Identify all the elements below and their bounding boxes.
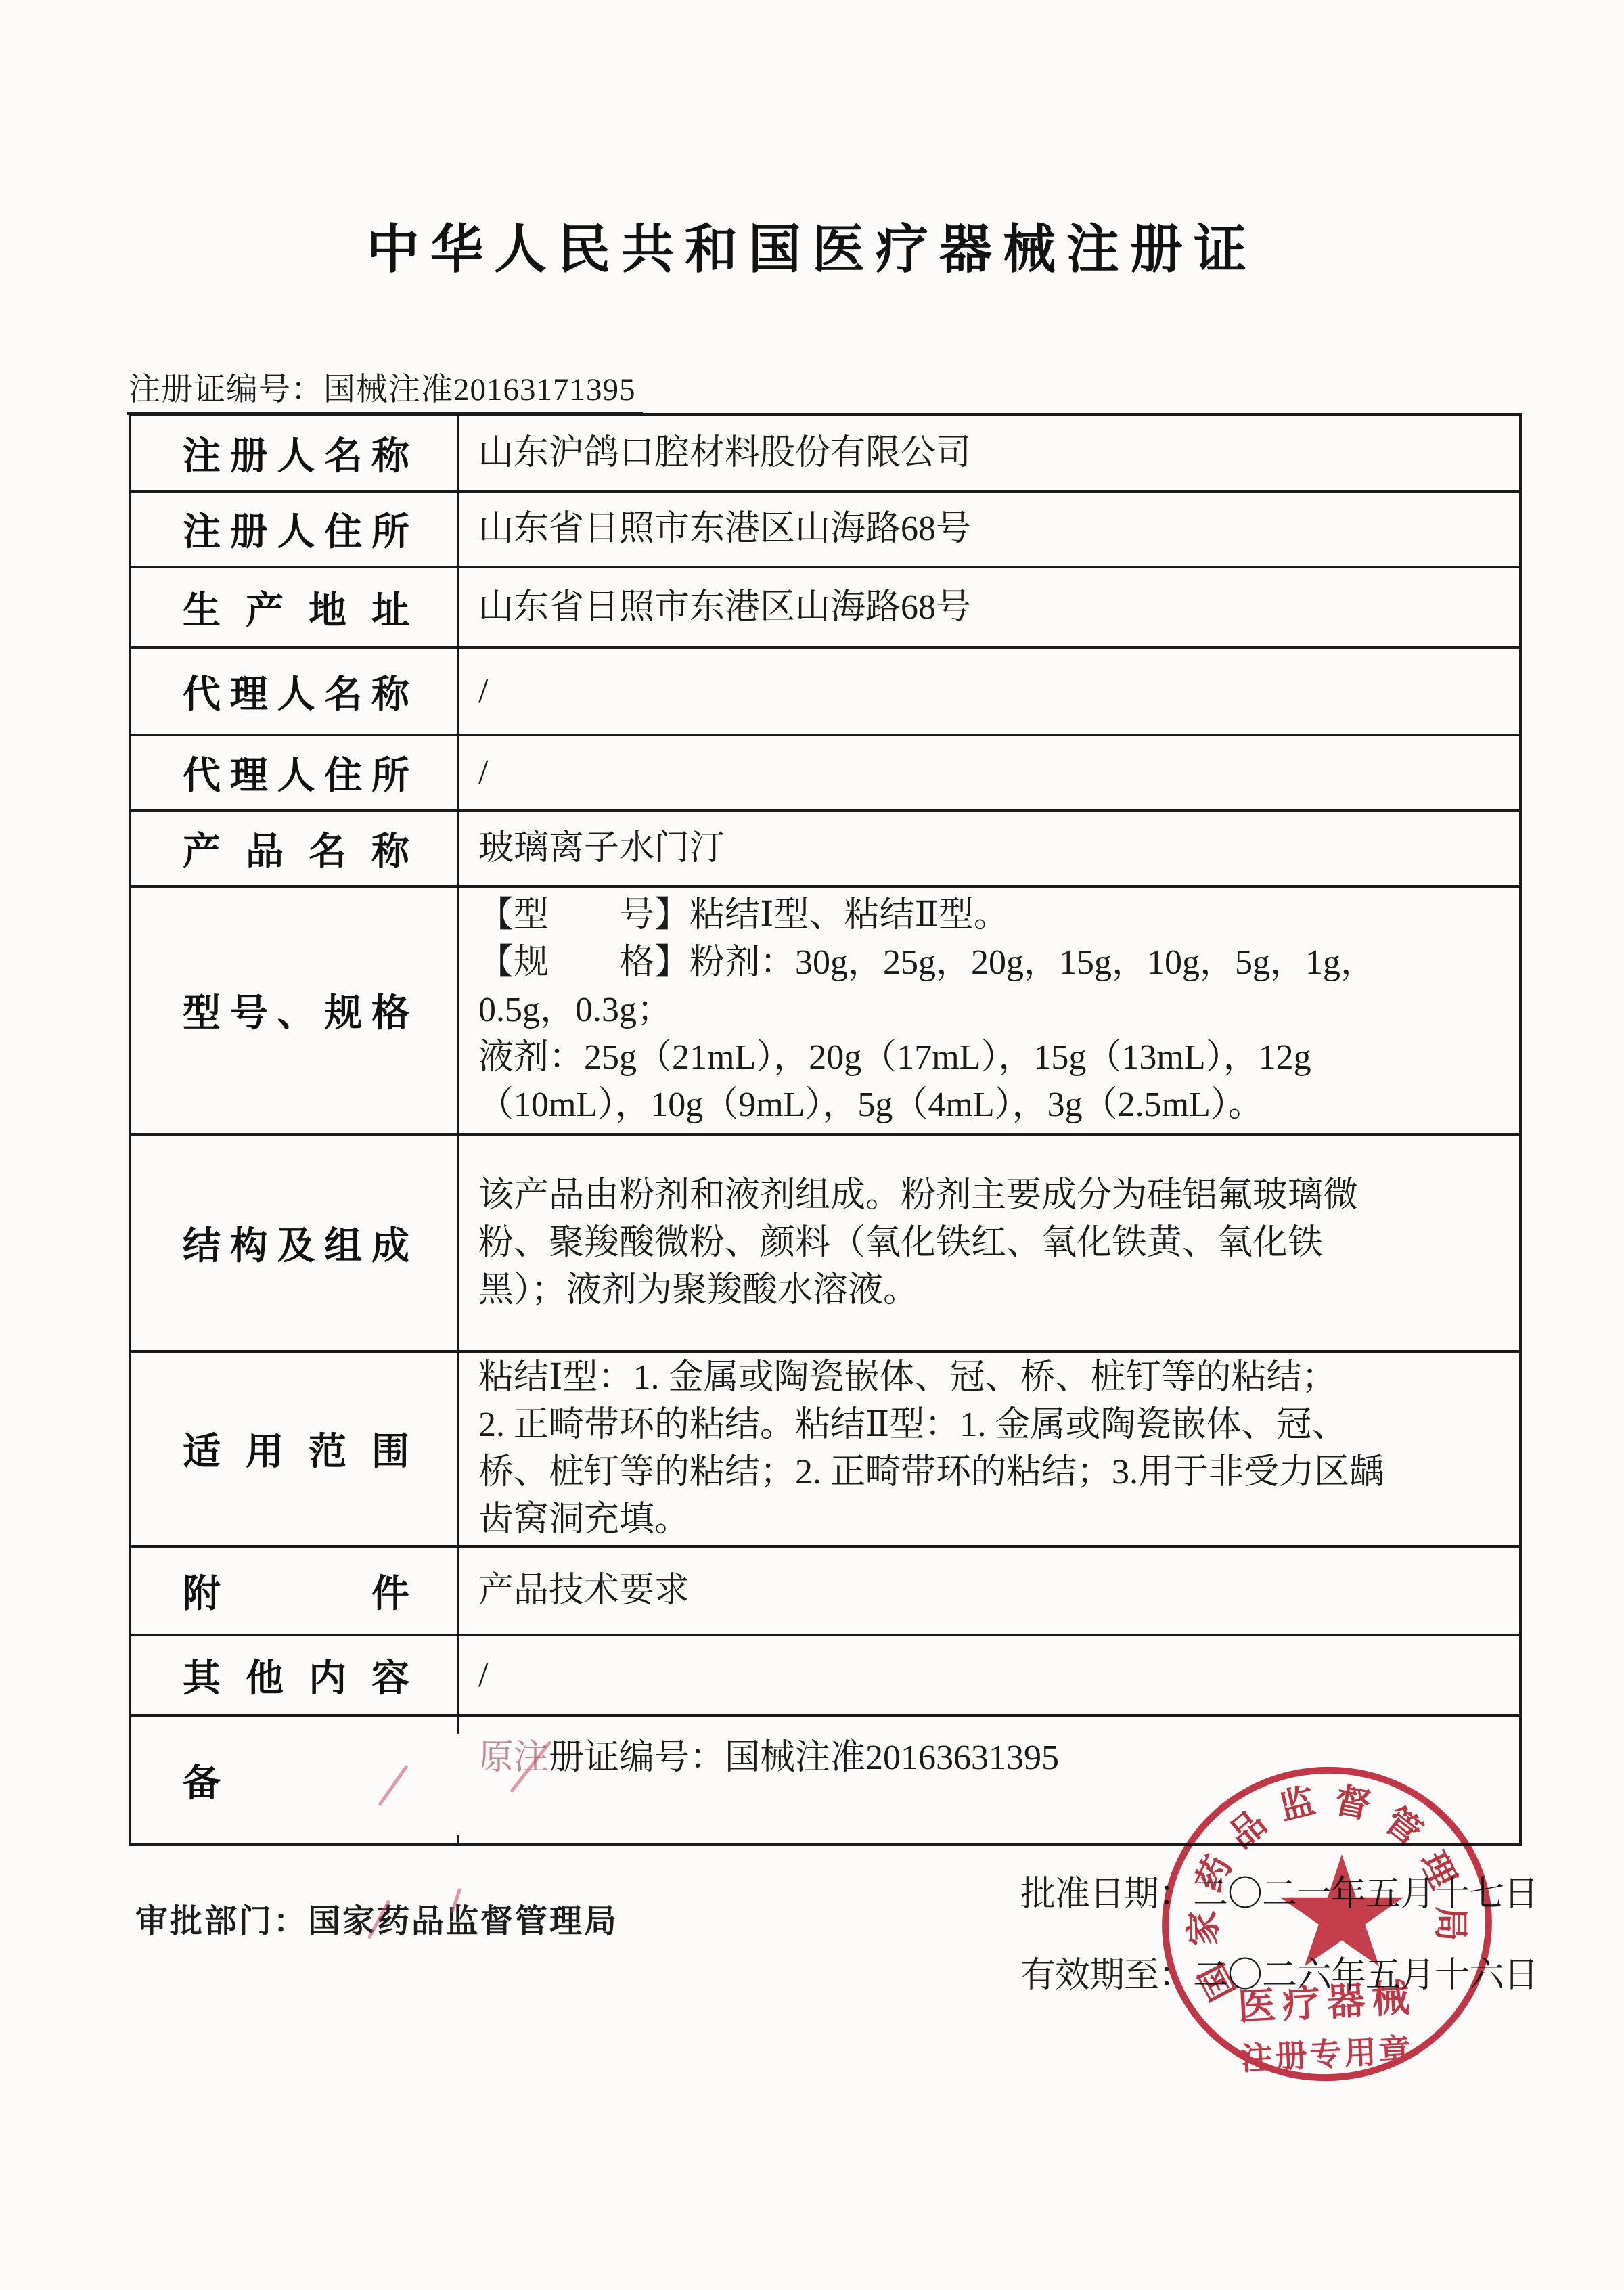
table-row-agent-address: 代理人住所 /	[130, 735, 1520, 811]
row-label: 结构及组成	[183, 1216, 409, 1270]
row-label: 附件	[183, 1564, 409, 1618]
row-value: /	[478, 668, 1508, 715]
table-row-model-spec: 型号、规格 【型 号】粘结Ⅰ型、粘结Ⅱ型。 【规 格】粉剂：30g，25g，20…	[130, 886, 1520, 1134]
remark-text: 册证编号：国械注准20163631395	[549, 1738, 1059, 1777]
whiteout-patch	[276, 1739, 425, 1837]
row-label: 生产地址	[183, 581, 409, 635]
whiteout-patch	[433, 1734, 482, 1835]
table-row-product-name: 产品名称 玻璃离子水门汀	[130, 811, 1520, 886]
table-row-agent-name: 代理人名称 /	[130, 648, 1520, 735]
table-row-registrant-name: 注册人名称 山东沪鸽口腔材料股份有限公司	[130, 415, 1520, 491]
row-value: 【型 号】粘结Ⅰ型、粘结Ⅱ型。 【规 格】粉剂：30g，25g，20g，15g，…	[478, 892, 1508, 1129]
official-seal: 国家药品监督管理局 医疗器械 注册专用章	[1162, 1767, 1492, 2081]
page-title: 中华人民共和国医疗器械注册证	[0, 207, 1624, 283]
row-value: /	[478, 1652, 1508, 1699]
row-value: 山东沪鸽口腔材料股份有限公司	[478, 430, 1508, 477]
row-value: /	[478, 749, 1508, 796]
table-row-production-address: 生产地址 山东省日照市东港区山海路68号	[130, 567, 1520, 648]
row-label: 型号、规格	[183, 983, 409, 1037]
row-label: 注册人名称	[183, 426, 409, 480]
row-value: 山东省日照市东港区山海路68号	[478, 584, 1508, 631]
table-row-structure-composition: 结构及组成 该产品由粉剂和液剂组成。粉剂主要成分为硅铝氟玻璃微 粉、聚羧酸微粉、…	[130, 1134, 1520, 1351]
row-label: 代理人名称	[183, 665, 409, 719]
table-row-scope-of-use: 适用范围 粘结Ⅰ型：1. 金属或陶瓷嵌体、冠、桥、桩钉等的粘结； 2. 正畸带环…	[130, 1351, 1520, 1546]
row-label: 产品名称	[183, 822, 409, 876]
row-value: 该产品由粉剂和液剂组成。粉剂主要成分为硅铝氟玻璃微 粉、聚羧酸微粉、颜料（氧化铁…	[478, 1172, 1508, 1314]
certificate-page: 中华人民共和国医疗器械注册证 注册证编号：国械注准20163171395 注册人…	[0, 0, 1624, 2290]
row-label: 适用范围	[183, 1422, 409, 1476]
row-label: 代理人住所	[183, 746, 409, 800]
row-label: 其他内容	[183, 1648, 409, 1703]
row-label: 注册人住所	[183, 502, 409, 556]
table-row-other-content: 其他内容 /	[130, 1635, 1520, 1715]
row-value: 产品技术要求	[478, 1567, 1508, 1615]
row-value: 山东省日照市东港区山海路68号	[478, 506, 1508, 553]
row-value: 玻璃离子水门汀	[478, 825, 1508, 872]
table-row-registrant-address: 注册人住所 山东省日照市东港区山海路68号	[130, 491, 1520, 567]
certificate-table: 注册人名称 山东沪鸽口腔材料股份有限公司 注册人住所 山东省日照市东港区山海路6…	[129, 413, 1522, 1846]
row-value: 粘结Ⅰ型：1. 金属或陶瓷嵌体、冠、桥、桩钉等的粘结； 2. 正畸带环的粘结。粘…	[478, 1354, 1508, 1544]
cert-number-line: 注册证编号：国械注准20163171395	[127, 372, 643, 415]
table-row-attachment: 附件 产品技术要求	[130, 1546, 1520, 1635]
